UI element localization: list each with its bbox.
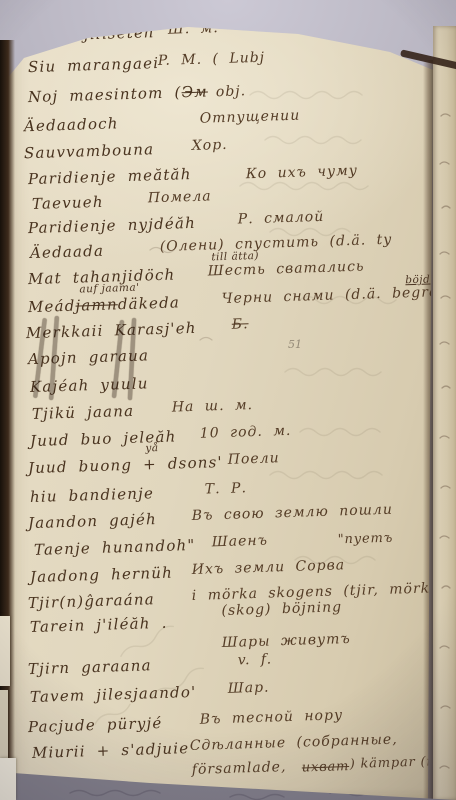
entry-text: Paridienje nyjdéăh bbox=[28, 214, 197, 237]
entry-text: Tanjà jilíseteh bbox=[26, 23, 156, 45]
gloss-text: Шары живутъ bbox=[222, 631, 351, 651]
gloss-text: obj. bbox=[216, 83, 247, 100]
sup-text: till ätta) bbox=[211, 250, 259, 263]
handwriting-layer: 101 51 Tanjà jilísetehШ. м.Siu marangaei… bbox=[0, 0, 456, 800]
page-number: 101 bbox=[384, 19, 417, 36]
gloss-text: Ихъ земли Сорва bbox=[192, 557, 346, 578]
gloss-text: Б. bbox=[232, 316, 249, 333]
entry-text: Äedaada bbox=[30, 242, 105, 262]
entry-text: Tjikü jaana bbox=[32, 402, 135, 423]
sup-text: yå bbox=[145, 442, 159, 454]
struck-text: Эм bbox=[181, 82, 208, 101]
gloss-text: Помела bbox=[148, 188, 212, 206]
gloss-text: Въ свою землю пошли bbox=[192, 502, 394, 524]
gloss-text: församlade, bbox=[192, 759, 287, 778]
gloss-text: P. M. ( Lubj bbox=[158, 50, 266, 69]
entry-text: Juud buong + dsons' bbox=[28, 453, 223, 477]
entry-text: Äedaadoch bbox=[24, 114, 119, 135]
gloss-text: Отпущении bbox=[200, 108, 301, 127]
entry-text: Noj maesintom ( bbox=[28, 83, 182, 106]
adjacent-page-text-fragments bbox=[433, 26, 456, 800]
entry-text: Sauvvambouna bbox=[24, 140, 155, 162]
gloss-text: Шар. bbox=[228, 680, 270, 697]
note-text: "пуетъ bbox=[338, 531, 394, 548]
gloss-text: Ш. м. bbox=[168, 20, 219, 38]
entry-text: Tjir(n)ĝaraána bbox=[28, 590, 156, 612]
entry-text: Pacjude püryjé bbox=[28, 714, 163, 736]
gloss-text: Хор. bbox=[192, 137, 228, 154]
manuscript-page: 101 51 Tanjà jilísetehШ. м.Siu marangaei… bbox=[0, 0, 456, 800]
under-page-edge bbox=[0, 616, 10, 686]
gloss-text: (skog) böjning bbox=[221, 599, 342, 619]
photograph-of-manuscript: 101 51 Tanjà jilísetehШ. м.Siu marangaei… bbox=[0, 0, 456, 800]
manuscript-line: Siu marangaeiP. M. ( Lubj bbox=[0, 44, 456, 80]
gloss-text: На ш. м. bbox=[172, 397, 254, 416]
entry-text: Tarein j'iléăh . bbox=[30, 614, 168, 636]
gloss-text: Сдѣланные (собранные, bbox=[190, 732, 398, 755]
entry-text: Jaadong hernüh bbox=[30, 564, 174, 586]
entry-text: Tjirn garaana bbox=[28, 656, 152, 678]
entry-text: Taenje hunandoh" bbox=[34, 536, 196, 559]
gloss-text: v. f. bbox=[238, 651, 273, 668]
gloss-text: Черни снами (d.ä. begrofvos bbox=[222, 283, 456, 307]
entry-text: Meád bbox=[28, 297, 76, 316]
entry-text: Siu marangaei bbox=[28, 54, 160, 76]
entry-text: Paridienje meătăh bbox=[28, 165, 192, 188]
entry-text: Jaandon gajéh bbox=[28, 510, 157, 532]
gloss-text: Р. смалой bbox=[238, 209, 325, 228]
entry-text: hiu bandienje bbox=[30, 484, 155, 506]
gloss-text: (Олени) спустить (d.ä. ty bbox=[160, 232, 393, 255]
manuscript-line: Tanjà jilísetehШ. м. bbox=[0, 13, 456, 49]
sup-text: auf jaama' bbox=[79, 282, 139, 296]
adjacent-page-edge bbox=[433, 26, 456, 800]
gloss-text: Въ тесной нору bbox=[200, 707, 344, 727]
gloss-text: Шаенъ bbox=[212, 533, 269, 551]
entry-text: Miurii + s'adjuie bbox=[32, 739, 190, 762]
gloss-text: Поели bbox=[228, 450, 280, 468]
entry-text: Taevueh bbox=[32, 193, 104, 213]
entry-text: Merkkaii Karasj'eh bbox=[26, 319, 197, 342]
note-text: ихват bbox=[302, 759, 350, 775]
book-spine-edge bbox=[0, 40, 15, 800]
under-page-edge bbox=[0, 690, 8, 764]
under-page-edge bbox=[0, 758, 16, 800]
tail-text: däkeda bbox=[118, 293, 181, 313]
entry-text: Tavem jilesjaando' bbox=[30, 683, 197, 706]
gloss-text: Ко ихъ чуму bbox=[246, 163, 358, 183]
gloss-text: 10 год. м. bbox=[200, 423, 292, 442]
struck-text: jamn bbox=[75, 295, 118, 314]
gloss-text: Т. Р. bbox=[205, 480, 248, 497]
